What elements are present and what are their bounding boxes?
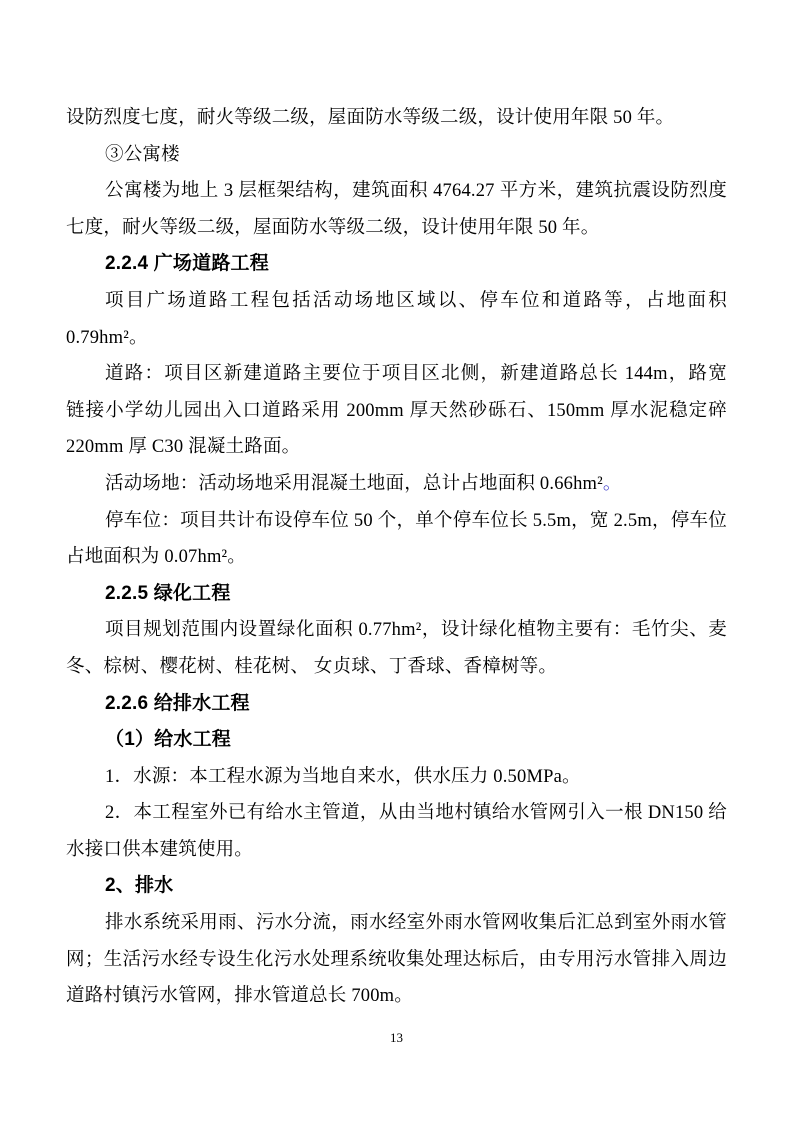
body-line: 七度，耐火等级二级，屋面防水等级二级，设计使用年限 50 年。 <box>66 210 727 247</box>
body-line: 网；生活污水经专设生化污水处理系统收集处理达标后，由专用污水管排入周边 <box>66 942 727 979</box>
body-line-activity-ground: 活动场地：活动场地采用混凝土地面，总计占地面积 0.66hm²。 <box>66 466 727 503</box>
body-line: 链接小学幼儿园出入口道路采用 200mm 厚天然砂砾石、150mm 厚水泥稳定碎… <box>66 393 727 430</box>
body-line-water-source: 1．水源：本工程水源为当地自来水，供水压力 0.50MPa。 <box>66 759 727 796</box>
blue-period: 。 <box>603 474 622 494</box>
body-line: 冬、棕树、樱花树、桂花树、 女贞球、丁香球、香樟树等。 <box>66 649 727 686</box>
heading-2-2-5-greening: 2.2.5 绿化工程 <box>66 576 727 613</box>
document-page: 设防烈度七度，耐火等级二级，屋面防水等级二级，设计使用年限 50 年。 ③公寓楼… <box>0 0 793 1122</box>
list-item-apartment: ③公寓楼 <box>66 137 727 174</box>
page-number: 13 <box>0 1028 793 1048</box>
body-line: 0.79hm²。 <box>66 320 727 357</box>
heading-2-2-6-water: 2.2.6 给排水工程 <box>66 686 727 723</box>
body-text: 活动场地：活动场地采用混凝土地面，总计占地面积 0.66hm² <box>105 474 603 494</box>
body-line: 水接口供本建筑使用。 <box>66 832 727 869</box>
body-line: 公寓楼为地上 3 层框架结构，建筑面积 4764.27 平方米，建筑抗震设防烈度 <box>66 173 727 210</box>
page-content: 设防烈度七度，耐火等级二级，屋面防水等级二级，设计使用年限 50 年。 ③公寓楼… <box>66 100 727 1015</box>
body-line: 道路村镇污水管网，排水管道总长 700m。 <box>66 978 727 1015</box>
heading-drainage: 2、排水 <box>66 868 727 905</box>
body-line: 2．本工程室外已有给水主管道，从由当地村镇给水管网引入一根 DN150 给 <box>66 795 727 832</box>
body-line-parking: 停车位：项目共计布设停车位 50 个，单个停车位长 5.5m，宽 2.5m，停车… <box>66 503 727 540</box>
body-line: 项目规划范围内设置绿化面积 0.77hm²，设计绿化植物主要有：毛竹尖、麦 <box>66 612 727 649</box>
heading-water-supply: （1）给水工程 <box>66 722 727 759</box>
body-line: 设防烈度七度，耐火等级二级，屋面防水等级二级，设计使用年限 50 年。 <box>66 100 727 137</box>
heading-2-2-4-square-road: 2.2.4 广场道路工程 <box>66 246 727 283</box>
body-line: 占地面积为 0.07hm²。 <box>66 539 727 576</box>
body-line: 220mm 厚 C30 混凝土路面。 <box>66 429 727 466</box>
body-line-road: 道路：项目区新建道路主要位于项目区北侧，新建道路总长 144m，路宽 4.0m， <box>66 356 727 393</box>
body-line: 项目广场道路工程包括活动场地区域以、停车位和道路等，占地面积 <box>66 283 727 320</box>
body-line: 排水系统采用雨、污水分流，雨水经室外雨水管网收集后汇总到室外雨水管 <box>66 905 727 942</box>
